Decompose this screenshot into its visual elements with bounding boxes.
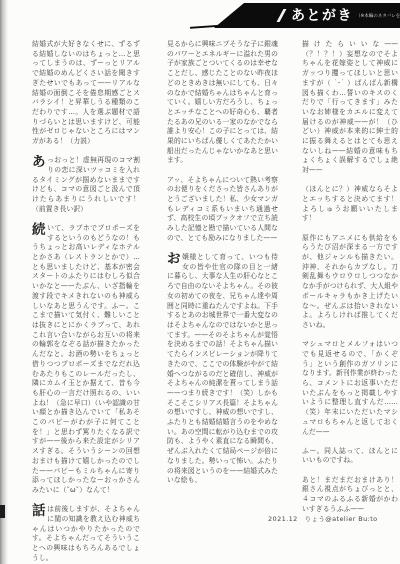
paragraph-text: マシュマロとメルフォはいつでも見返せるので、「かくぞう」という創作のガソリンにな…: [302, 340, 398, 435]
afterword-banner: あとがき （※本編のネタバレを含みます！）: [214, 3, 400, 28]
paragraph: お嬢様として育って、いつも侍女の皆や仕官の隊の目と一緒に暮らし、大事な人生の肝心…: [167, 253, 278, 486]
text-column-3: 描けたらいいな——（？！？！）妄想なのでそよちゃんを花嫁姿として神威にガッつり攫…: [302, 40, 398, 514]
paragraph-text: 結婚式が大好きなくせに、ずるずる結婚しないのはちょっと…と思ってしまうのは、ずー…: [32, 40, 140, 145]
drop-cap: 続: [32, 224, 46, 236]
paragraph: 見るからに興味ニブそうな子に銀魂のパワーとエネルギーに溢れた男の子が家族ごとつい…: [167, 40, 278, 166]
drop-cap: 話: [32, 505, 46, 517]
paragraph: あっおっと！虚無再現のコマ割りの恋に深いツッコミを入れるタイミングが掴めないまま…: [32, 156, 140, 214]
paragraph: アッ、そよちゃんについて熱い考察のお便りをくださった皆さんありがとうございました…: [167, 176, 278, 244]
paragraph: 結婚式が大好きなくせに、ずるずる結婚しないのはちょっと…と思ってしまうのは、ずー…: [32, 40, 140, 147]
paragraph-text: ふー。同人誌って、ほんとにいいものですね。: [302, 447, 398, 465]
slash-decoration-icon: [277, 9, 287, 22]
paragraph-text: 嬢様として育って、いつも侍女の皆や仕官の隊の目と一緒に暮らし、大事な人生の肝心な…: [167, 253, 278, 484]
text-column-2: 見るからに興味ニブそうな子に銀魂のパワーとエネルギーに溢れた男の子が家族ごとつい…: [167, 40, 278, 486]
paragraph-text: 原作にもアニメにも供給をもらうたび沼が深まる一方ですが、他ジャンルも描きたい。沖…: [302, 234, 398, 329]
drop-cap: あ: [32, 156, 46, 168]
text-column-1: 結婚式が大好きなくせに、ずるずる結婚しないのはちょっと…と思ってしまうのは、ずー…: [32, 40, 140, 563]
paragraph-text: 描けたらいいな——（？！？！）妄想なのでそよちゃんを花嫁姿として神威にガッつり攫…: [302, 40, 398, 174]
paragraph: 描けたらいいな——（？！？！）妄想なのでそよちゃんを花嫁姿として神威にガッつり攫…: [302, 40, 398, 176]
date-signature: 2021.12 りょう@atelier Bu:to: [268, 514, 390, 523]
page-title: あとがき: [291, 9, 353, 23]
scan-gutter-shadow: [0, 0, 8, 564]
paragraph-text: は前後しますが、そよちゃんに閨の知識を教え込む神威ちゃんはいつかやりたかったので…: [32, 505, 140, 562]
paragraph: 原作にもアニメにも供給をもらうたび沼が深まる一方ですが、他ジャンルも描きたい。沖…: [302, 234, 398, 331]
paragraph-text: アッ、そよちゃんについて熱い考察のお便りをくださった皆さんありがとうございました…: [167, 176, 278, 242]
paragraph-text: あと！まだまだおまけあり！銀さん視点がちょびっとと、４コマのふるふる新婚がかわい…: [302, 476, 398, 513]
afterword-page: あとがき （※本編のネタバレを含みます！） 結婚式が大好きなくせに、ずるずる結婚…: [0, 0, 400, 564]
paragraph-text: （ほんとに？）神威ならそよとエッちすると決めてます！よろしゅうお願いいたします！: [302, 185, 398, 222]
paragraph: ふー。同人誌って、ほんとにいいものですね。: [302, 447, 398, 466]
paragraph-text: いて、ラブホでプロポーズをするというのもどうなの！もうちょっとお高いレディなホテ…: [32, 224, 140, 494]
banner-note: （※本編のネタバレを含みます！）: [356, 13, 400, 19]
paragraph-text: 見るからに興味ニブそうな子に銀魂のパワーとエネルギーに溢れた男の子が家族ごとつい…: [167, 40, 278, 164]
drop-cap: お: [167, 253, 181, 265]
paragraph: 続いて、ラブホでプロポーズをするというのもどうなの！もうちょっとお高いレディなホ…: [32, 224, 140, 496]
page-edge-mark: [0, 505, 5, 518]
paragraph: （ほんとに？）神威ならそよとエッちすると決めてます！よろしゅうお願いいたします！: [302, 185, 398, 224]
paragraph-text: っおっと！虚無再現のコマ割りの恋に深いツッコミを入れるタイミングが掴めないままで…: [32, 156, 140, 213]
paragraph: マシュマロとメルフォはいつでも見返せるので、「かくぞう」という創作のガソリンにな…: [302, 340, 398, 437]
paragraph: 話は前後しますが、そよちゃんに閨の知識を教え込む神威ちゃんはいつかやりたかったの…: [32, 505, 140, 563]
paragraph: あと！まだまだおまけあり！銀さん視点がちょびっとと、４コマのふるふる新婚がかわい…: [302, 476, 398, 515]
